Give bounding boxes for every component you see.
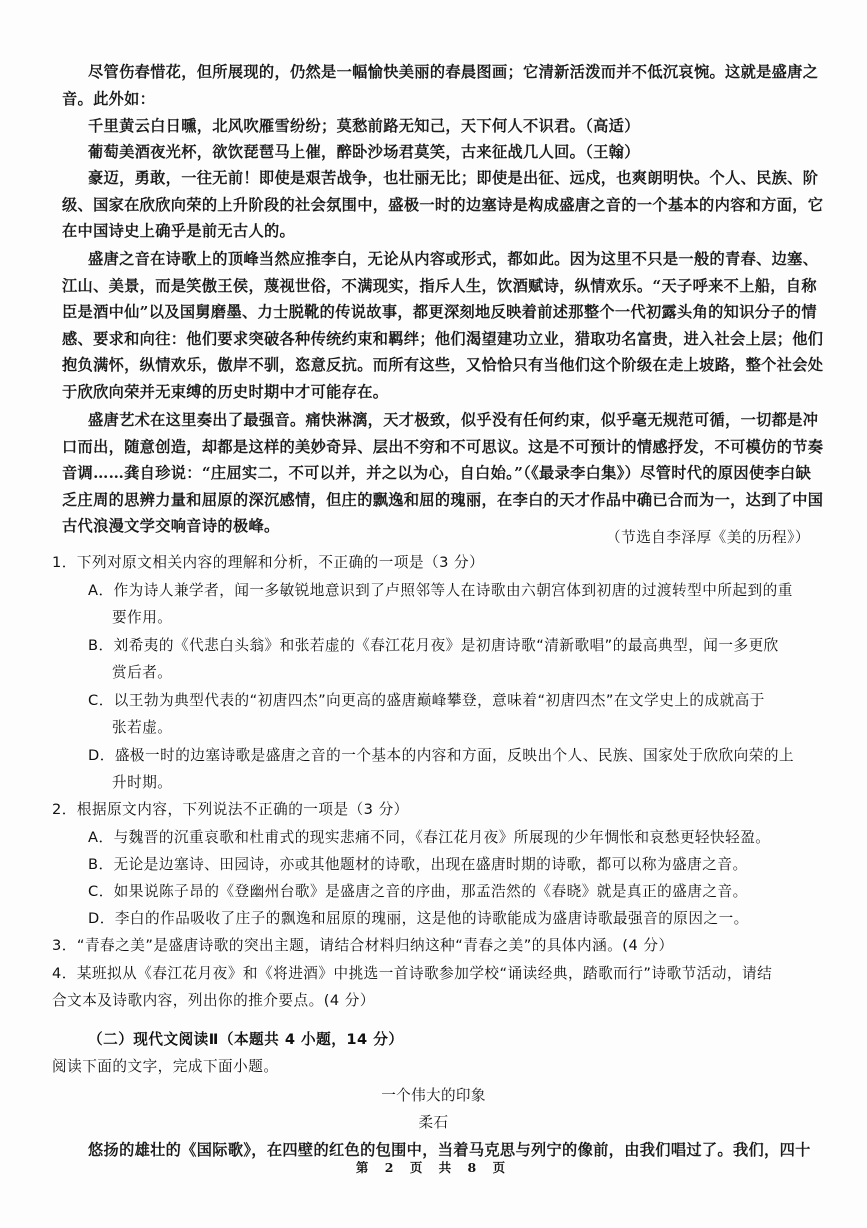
passage-line: 盛唐之音在诗歌上的顶峰当然应推李白，无论从内容或形式，都如此。因为这里不只是一般… [88, 249, 818, 269]
poem-line: 千里黄云白日曛，北风吹雁雪纷纷；莫愁前路无知己，天下何人不识君。（高适） [88, 116, 640, 136]
passage-line: 口而出，随意创造，却都是这样的美妙奇异、层出不穷和不可思议。这是不可预计的情感抒… [62, 437, 823, 457]
poem-line: 葡萄美酒夜光杯，欲饮琵琶马上催，醉卧沙场君莫笑，古来征战几人回。（王翰） [88, 142, 640, 162]
question-2-option-a: A．与魏晋的沉重哀歌和杜甫式的现实悲痛不同，《春江花月夜》所展现的少年惆怅和哀愁… [88, 828, 770, 848]
exam-page: 尽管伤春惜花，但所展现的，仍然是一幅愉快美丽的春晨图画；它清新活泼而并不低沉哀惋… [0, 0, 867, 1228]
passage-line: 级、国家在欣欣向荣的上升阶段的社会氛围中，盛极一时的边塞诗是构成盛唐之音的一个基… [62, 195, 823, 215]
question-1-option-a: A．作为诗人兼学者，闻一多敏锐地意识到了卢照邻等人在诗歌由六朝宫体到初唐的过渡转… [88, 581, 793, 601]
passage-line: 乏庄周的思辨力量和屈原的深沉感情，但庄的飘逸和屈的瑰丽，在李白的天才作品中确已合… [62, 490, 823, 510]
question-3-stem: 3．“青春之美”是盛唐诗歌的突出主题，请结合材料归纳这种“青春之美”的具体内涵。… [52, 936, 674, 956]
passage-line: 江山、美景，而是笑傲王侯，蔑视世俗，不满现实，指斥人生，饮酒赋诗，纵情欢乐。“天… [62, 276, 817, 296]
passage-line: 抱负满怀，纵情欢乐，傲岸不驯，恣意反抗。而所有这些，又恰恰只有当他们这个阶级在走… [62, 355, 823, 375]
article-title: 一个伟大的印象 [0, 1086, 867, 1106]
question-1-option-c: C．以王勃为典型代表的“初唐四杰”向更高的盛唐巅峰攀登，意味着“初唐四杰”在文学… [88, 691, 765, 711]
passage-line: 臣是酒中仙”以及国舅磨墨、力士脱靴的传说故事，都更深刻地反映着前述那整个一代初露… [62, 302, 817, 322]
passage-line: 尽管伤春惜花，但所展现的，仍然是一幅愉快美丽的春晨图画；它清新活泼而并不低沉哀惋… [88, 62, 818, 82]
passage-line: 感、要求和向往：他们要求突破各种传统约束和羁绊；他们渴望建功立业，猎取功名富贵，… [62, 329, 823, 349]
passage-line: 音。此外如： [62, 89, 155, 109]
question-1-option-b: B．刘希夷的《代悲白头翁》和张若虚的《春江花月夜》是初唐诗歌“清新歌唱”的最高典… [88, 636, 779, 656]
passage-line: 在中国诗史上确乎是前无古人的。 [62, 221, 295, 241]
question-4-stem: 合文本及诗歌内容，列出你的推介要点。(4 分） [52, 991, 375, 1011]
article-author: 柔石 [0, 1113, 867, 1133]
question-1-option-a: 要作用。 [112, 608, 172, 628]
question-1-option-d: D．盛极一时的边塞诗歌是盛唐之音的一个基本的内容和方面，反映出个人、民族、国家处… [88, 746, 794, 766]
question-2-option-d: D．李白的作品吸收了庄子的飘逸和屈原的瑰丽，这是他的诗歌能成为盛唐诗歌最强音的原… [88, 909, 749, 929]
question-1-option-b: 赏后者。 [112, 663, 172, 683]
question-1-option-d: 升时期。 [112, 773, 172, 793]
question-2-option-b: B．无论是边塞诗、田园诗，亦或其他题材的诗歌，出现在盛唐时期的诗歌，都可以称为盛… [88, 855, 748, 875]
passage-line: 音调……龚自珍说：“庄屈实二，不可以并，并之以为心，自白始。”（《最录李白集》）… [62, 463, 811, 483]
section-heading: （二）现代文阅读Ⅱ（本题共 4 小题，14 分） [88, 1030, 403, 1050]
question-4-stem: 4．某班拟从《春江花月夜》和《将进酒》中挑选一首诗歌参加学校“诵读经典，踏歌而行… [52, 964, 772, 984]
passage-line: 古代浪漫文学交响音诗的极峰。 [62, 516, 280, 536]
passage-line: 于欣欣向荣并无束缚的历史时期中才可能存在。 [62, 382, 388, 402]
article-first-line: 悠扬的雄壮的《国际歌》，在四壁的红色的包围中，当着马克思与列宁的像前，由我们唱过… [88, 1140, 811, 1160]
passage-line: 豪迈，勇敢，一往无前！即使是艰苦战争，也壮丽无比；即使是出征、远戍，也爽朗明快。… [88, 168, 818, 188]
page-number: 第 2 页 共 8 页 [0, 1158, 867, 1178]
question-2-stem: 2．根据原文内容，下列说法不正确的一项是（3 分） [52, 800, 409, 820]
passage-line: 盛唐艺术在这里奏出了最强音。痛快淋漓，天才极致，似乎没有任何约束，似乎毫无规范可… [88, 410, 818, 430]
section-instruction: 阅读下面的文字，完成下面小题。 [52, 1057, 278, 1077]
passage-source: （节选自李泽厚《美的历程》） [606, 528, 810, 548]
question-1-option-c: 张若虚。 [112, 718, 172, 738]
question-2-option-c: C．如果说陈子昂的《登幽州台歌》是盛唐之音的序曲，那孟浩然的《春晓》就是真正的盛… [88, 882, 748, 902]
question-1-stem: 1．下列对原文相关内容的理解和分析，不正确的一项是（3 分） [52, 553, 484, 573]
